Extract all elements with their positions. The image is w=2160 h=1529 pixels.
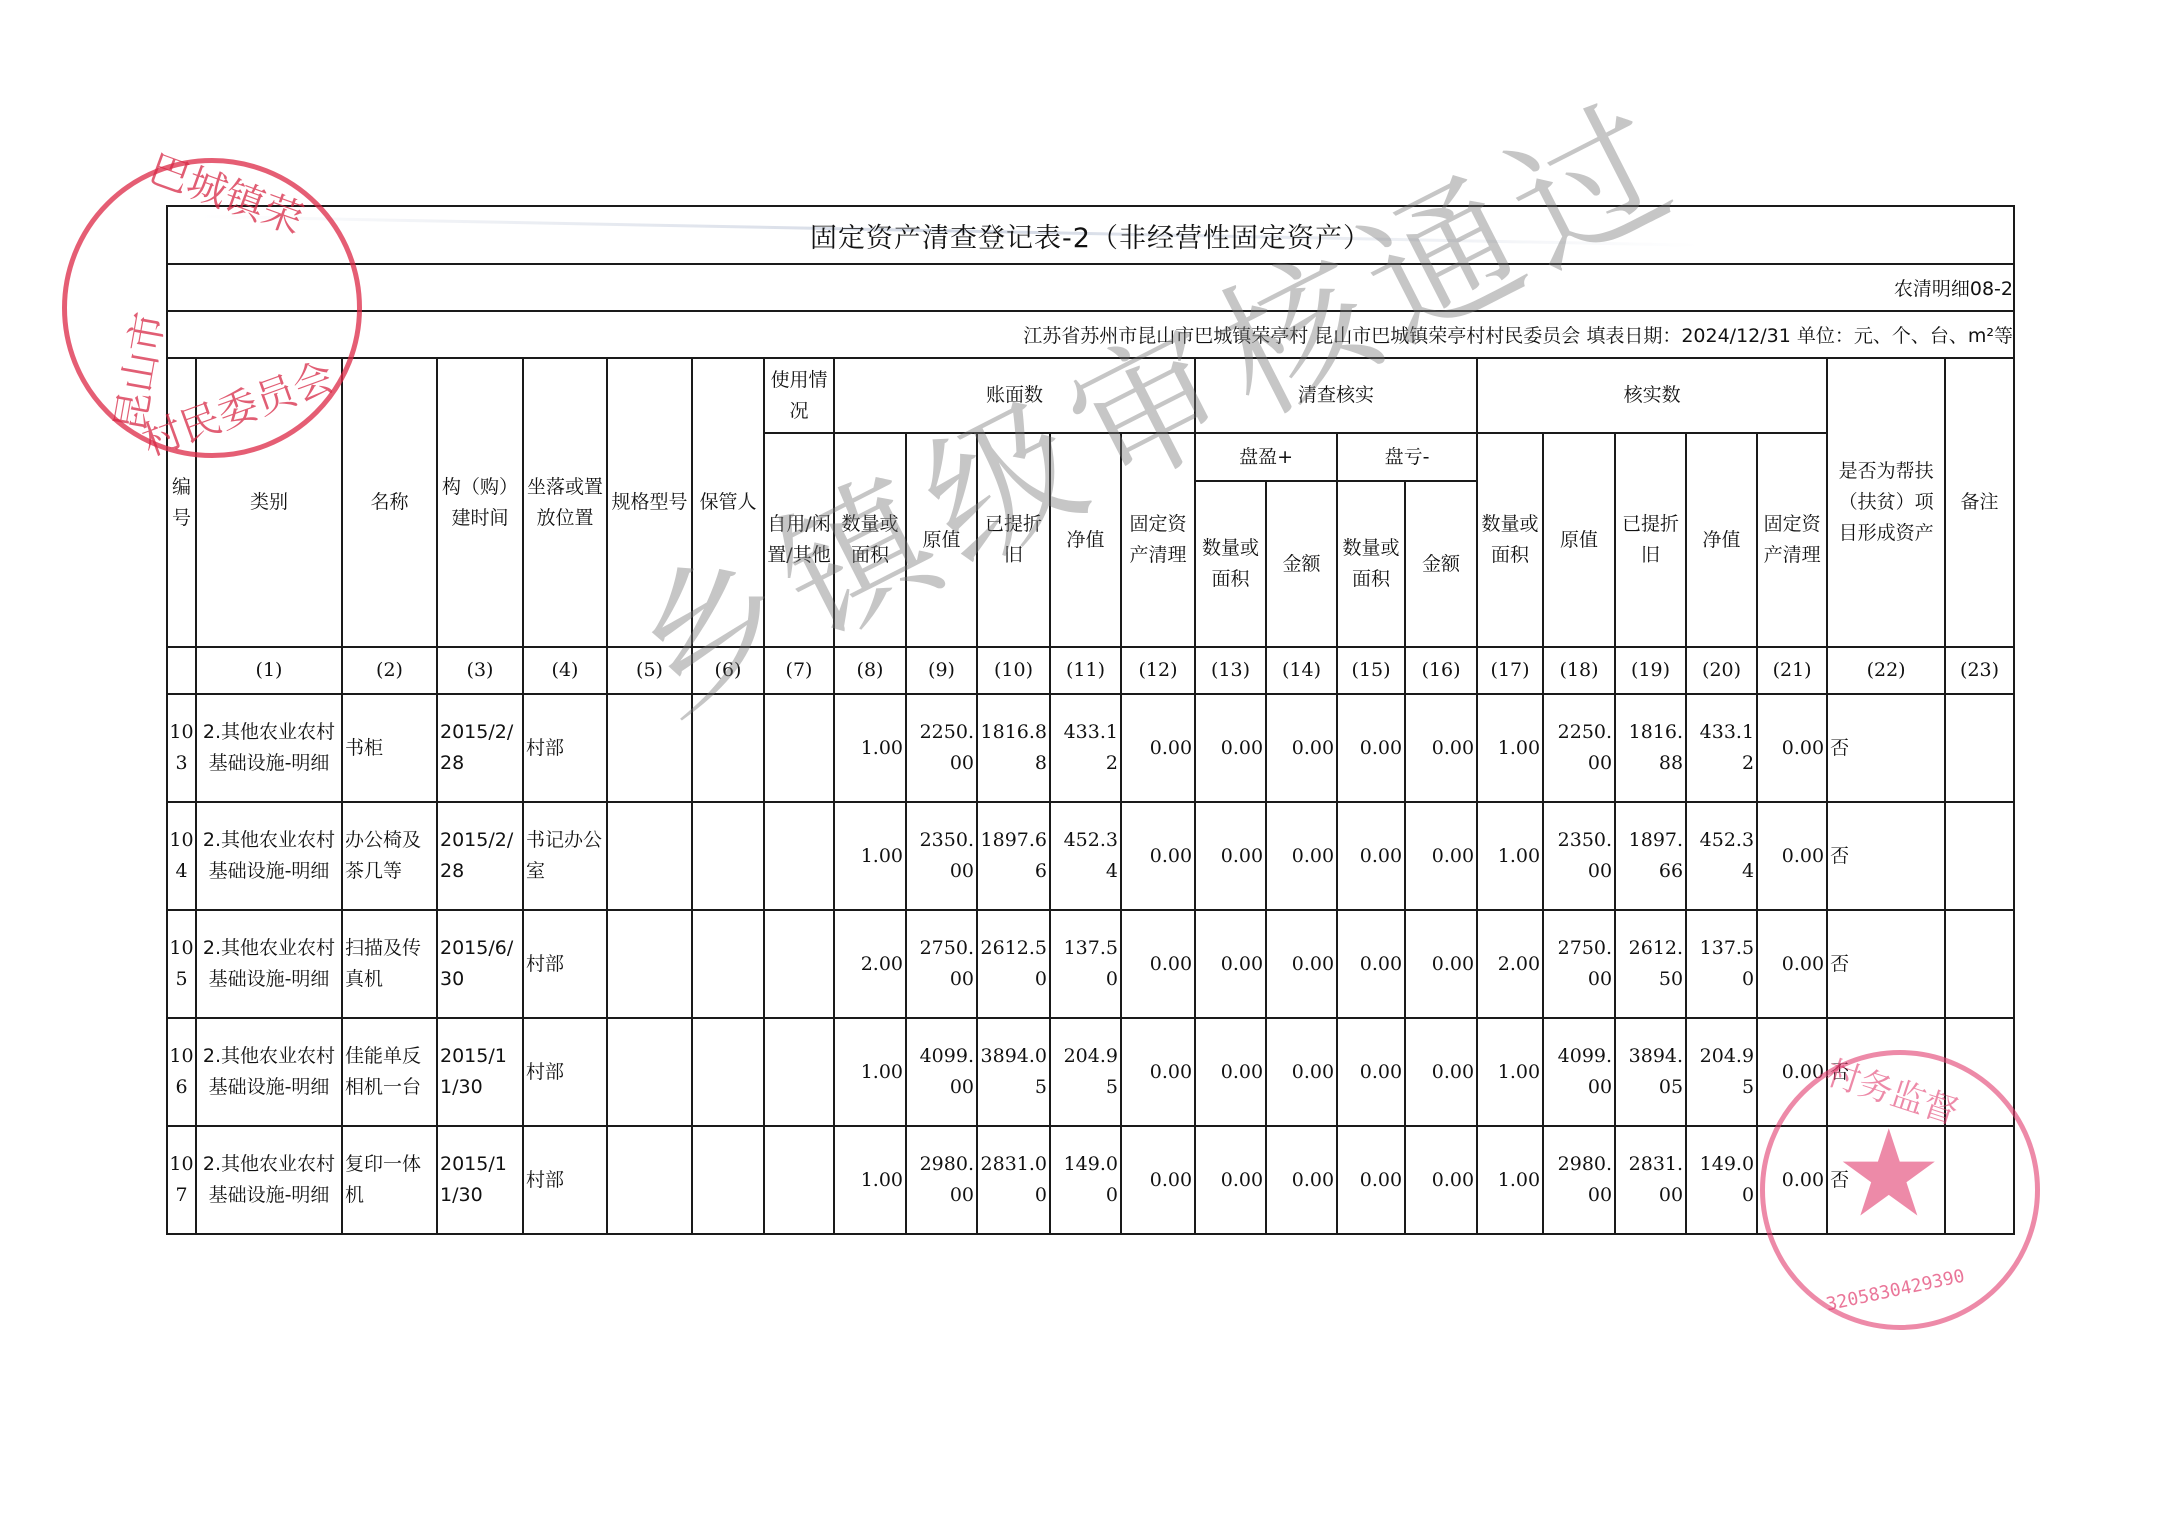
cell-usage bbox=[764, 1126, 834, 1234]
header-book-group: 账面数 bbox=[834, 358, 1195, 433]
cell-remark bbox=[1945, 910, 2014, 1018]
header-ver-orig: 原值 bbox=[1543, 433, 1615, 647]
cell-ver-depr: 2831.00 bbox=[1615, 1126, 1686, 1234]
cell-ver-depr: 1897.66 bbox=[1615, 802, 1686, 910]
header-poverty: 是否为帮扶（扶贫）项目形成资产 bbox=[1827, 358, 1945, 647]
cell-loss-qty: 0.00 bbox=[1337, 1018, 1405, 1126]
header-loss-amt: 金额 bbox=[1405, 481, 1477, 647]
cell-ver-orig: 4099.00 bbox=[1543, 1018, 1615, 1126]
header-usage: 自用/闲置/其他 bbox=[764, 433, 834, 647]
cell-name: 办公椅及茶几等 bbox=[342, 802, 437, 910]
column-number: (5) bbox=[607, 647, 692, 694]
cell-no: 104 bbox=[167, 802, 196, 910]
column-number: (19) bbox=[1615, 647, 1686, 694]
cell-ver-net: 137.50 bbox=[1686, 910, 1757, 1018]
column-number: (12) bbox=[1121, 647, 1195, 694]
header-check-group: 清查核实 bbox=[1195, 358, 1477, 433]
cell-ver-net: 433.12 bbox=[1686, 694, 1757, 802]
cell-poverty: 否 bbox=[1827, 1126, 1945, 1234]
column-number: (7) bbox=[764, 647, 834, 694]
cell-name: 扫描及传真机 bbox=[342, 910, 437, 1018]
cell-remark bbox=[1945, 802, 2014, 910]
header-location: 坐落或置放位置 bbox=[523, 358, 607, 647]
sheet-header-frame: 固定资产清查登记表-2（非经营性固定资产） 农清明细08-2 江苏省苏州市昆山市… bbox=[166, 205, 2015, 359]
header-book-qty: 数量或面积 bbox=[834, 433, 906, 647]
cell-surplus-qty: 0.00 bbox=[1195, 1018, 1266, 1126]
header-spec: 规格型号 bbox=[607, 358, 692, 647]
header-book-net: 净值 bbox=[1050, 433, 1121, 647]
header-keeper: 保管人 bbox=[692, 358, 764, 647]
table-row: 1042.其他农业农村基础设施-明细办公椅及茶几等2015/2/28书记办公室1… bbox=[167, 802, 2014, 910]
table-row: 1072.其他农业农村基础设施-明细复印一体机2015/11/30村部1.002… bbox=[167, 1126, 2014, 1234]
cell-spec bbox=[607, 1126, 692, 1234]
cell-surplus-amt: 0.00 bbox=[1266, 802, 1337, 910]
cell-remark bbox=[1945, 1126, 2014, 1234]
header-book-orig: 原值 bbox=[906, 433, 977, 647]
cell-loss-amt: 0.00 bbox=[1405, 694, 1477, 802]
column-number: (21) bbox=[1757, 647, 1827, 694]
cell-book-orig: 2980.00 bbox=[906, 1126, 977, 1234]
cell-category: 2.其他农业农村基础设施-明细 bbox=[196, 694, 342, 802]
cell-category: 2.其他农业农村基础设施-明细 bbox=[196, 1126, 342, 1234]
meta-line: 江苏省苏州市昆山市巴城镇荣亭村 昆山市巴城镇荣亭村村民委员会 填表日期：2024… bbox=[167, 311, 2014, 358]
seal-number: 3205830429390 bbox=[1824, 1266, 1966, 1316]
header-loss-qty: 数量或面积 bbox=[1337, 481, 1405, 647]
header-category: 类别 bbox=[196, 358, 342, 647]
column-number: (16) bbox=[1405, 647, 1477, 694]
cell-category: 2.其他农业农村基础设施-明细 bbox=[196, 910, 342, 1018]
cell-book-net: 149.00 bbox=[1050, 1126, 1121, 1234]
cell-book-qty: 1.00 bbox=[834, 802, 906, 910]
cell-keeper bbox=[692, 1018, 764, 1126]
cell-usage bbox=[764, 910, 834, 1018]
header-ver-depr: 已提折旧 bbox=[1615, 433, 1686, 647]
column-number: (4) bbox=[523, 647, 607, 694]
cell-ver-qty: 2.00 bbox=[1477, 910, 1543, 1018]
cell-loss-amt: 0.00 bbox=[1405, 910, 1477, 1018]
column-number: (20) bbox=[1686, 647, 1757, 694]
cell-loss-amt: 0.00 bbox=[1405, 1126, 1477, 1234]
cell-ver-orig: 2750.00 bbox=[1543, 910, 1615, 1018]
cell-book-orig: 2250.00 bbox=[906, 694, 977, 802]
header-ver-qty: 数量或面积 bbox=[1477, 433, 1543, 647]
column-number: (17) bbox=[1477, 647, 1543, 694]
cell-ver-orig: 2980.00 bbox=[1543, 1126, 1615, 1234]
cell-surplus-qty: 0.00 bbox=[1195, 910, 1266, 1018]
cell-surplus-qty: 0.00 bbox=[1195, 1126, 1266, 1234]
cell-build-time: 2015/2/28 bbox=[437, 802, 523, 910]
cell-remark bbox=[1945, 694, 2014, 802]
cell-poverty: 否 bbox=[1827, 1018, 1945, 1126]
cell-book-orig: 2350.00 bbox=[906, 802, 977, 910]
cell-ver-net: 204.95 bbox=[1686, 1018, 1757, 1126]
cell-book-qty: 1.00 bbox=[834, 1018, 906, 1126]
cell-ver-clear: 0.00 bbox=[1757, 1018, 1827, 1126]
cell-loss-amt: 0.00 bbox=[1405, 802, 1477, 910]
cell-loss-qty: 0.00 bbox=[1337, 910, 1405, 1018]
cell-book-qty: 1.00 bbox=[834, 1126, 906, 1234]
cell-book-clear: 0.00 bbox=[1121, 694, 1195, 802]
header-verified-group: 核实数 bbox=[1477, 358, 1827, 433]
column-number: (9) bbox=[906, 647, 977, 694]
cell-book-qty: 2.00 bbox=[834, 910, 906, 1018]
cell-location: 村部 bbox=[523, 1126, 607, 1234]
cell-build-time: 2015/2/28 bbox=[437, 694, 523, 802]
cell-ver-net: 149.00 bbox=[1686, 1126, 1757, 1234]
cell-book-net: 204.95 bbox=[1050, 1018, 1121, 1126]
cell-book-orig: 2750.00 bbox=[906, 910, 977, 1018]
cell-build-time: 2015/6/30 bbox=[437, 910, 523, 1018]
cell-no: 107 bbox=[167, 1126, 196, 1234]
cell-spec bbox=[607, 694, 692, 802]
cell-book-depr: 2612.50 bbox=[977, 910, 1050, 1018]
cell-book-clear: 0.00 bbox=[1121, 1126, 1195, 1234]
column-number: (14) bbox=[1266, 647, 1337, 694]
cell-keeper bbox=[692, 910, 764, 1018]
cell-ver-orig: 2250.00 bbox=[1543, 694, 1615, 802]
cell-remark bbox=[1945, 1018, 2014, 1126]
cell-book-net: 433.12 bbox=[1050, 694, 1121, 802]
cell-ver-depr: 3894.05 bbox=[1615, 1018, 1686, 1126]
table-row: 1062.其他农业农村基础设施-明细佳能单反相机一台2015/11/30村部1.… bbox=[167, 1018, 2014, 1126]
cell-spec bbox=[607, 802, 692, 910]
header-ver-clear: 固定资产清理 bbox=[1757, 433, 1827, 647]
header-loss-group: 盘亏- bbox=[1337, 433, 1477, 481]
column-number: (13) bbox=[1195, 647, 1266, 694]
cell-ver-depr: 2612.50 bbox=[1615, 910, 1686, 1018]
cell-poverty: 否 bbox=[1827, 802, 1945, 910]
cell-ver-depr: 1816.88 bbox=[1615, 694, 1686, 802]
cell-ver-qty: 1.00 bbox=[1477, 694, 1543, 802]
cell-book-orig: 4099.00 bbox=[906, 1018, 977, 1126]
asset-register-sheet: 固定资产清查登记表-2（非经营性固定资产） 农清明细08-2 江苏省苏州市昆山市… bbox=[166, 205, 2015, 1235]
cell-ver-clear: 0.00 bbox=[1757, 910, 1827, 1018]
cell-loss-qty: 0.00 bbox=[1337, 1126, 1405, 1234]
cell-book-net: 137.50 bbox=[1050, 910, 1121, 1018]
cell-ver-qty: 1.00 bbox=[1477, 802, 1543, 910]
column-number: (3) bbox=[437, 647, 523, 694]
column-number: (22) bbox=[1827, 647, 1945, 694]
column-number: (8) bbox=[834, 647, 906, 694]
cell-book-depr: 2831.00 bbox=[977, 1126, 1050, 1234]
header-book-depr: 已提折旧 bbox=[977, 433, 1050, 647]
cell-book-net: 452.34 bbox=[1050, 802, 1121, 910]
seal-left-arc-text: 昆山市 bbox=[99, 307, 176, 435]
header-remark: 备注 bbox=[1945, 358, 2014, 647]
column-number: (18) bbox=[1543, 647, 1615, 694]
page-title: 固定资产清查登记表-2（非经营性固定资产） bbox=[167, 206, 2014, 264]
cell-book-depr: 1816.88 bbox=[977, 694, 1050, 802]
cell-ver-clear: 0.00 bbox=[1757, 694, 1827, 802]
cell-book-clear: 0.00 bbox=[1121, 1018, 1195, 1126]
header-usage-group: 使用情况 bbox=[764, 358, 834, 433]
column-number: (6) bbox=[692, 647, 764, 694]
cell-ver-clear: 0.00 bbox=[1757, 802, 1827, 910]
header-no: 编号 bbox=[167, 358, 196, 647]
cell-ver-clear: 0.00 bbox=[1757, 1126, 1827, 1234]
cell-name: 复印一体机 bbox=[342, 1126, 437, 1234]
column-number: (1) bbox=[196, 647, 342, 694]
column-number: (10) bbox=[977, 647, 1050, 694]
cell-keeper bbox=[692, 802, 764, 910]
cell-category: 2.其他农业农村基础设施-明细 bbox=[196, 802, 342, 910]
column-number-blank bbox=[167, 647, 196, 694]
cell-ver-net: 452.34 bbox=[1686, 802, 1757, 910]
cell-book-clear: 0.00 bbox=[1121, 910, 1195, 1018]
cell-ver-orig: 2350.00 bbox=[1543, 802, 1615, 910]
cell-surplus-amt: 0.00 bbox=[1266, 694, 1337, 802]
header-name: 名称 bbox=[342, 358, 437, 647]
cell-loss-qty: 0.00 bbox=[1337, 802, 1405, 910]
cell-ver-qty: 1.00 bbox=[1477, 1126, 1543, 1234]
cell-surplus-qty: 0.00 bbox=[1195, 802, 1266, 910]
cell-ver-qty: 1.00 bbox=[1477, 1018, 1543, 1126]
cell-loss-amt: 0.00 bbox=[1405, 1018, 1477, 1126]
column-number-row: (1)(2)(3)(4)(5)(6)(7)(8)(9)(10)(11)(12)(… bbox=[167, 647, 2014, 694]
cell-book-depr: 1897.66 bbox=[977, 802, 1050, 910]
cell-name: 书柜 bbox=[342, 694, 437, 802]
asset-table: 编号 类别 名称 构（购）建时间 坐落或置放位置 规格型号 保管人 使用情况 账… bbox=[166, 357, 2015, 1235]
header-surplus-amt: 金额 bbox=[1266, 481, 1337, 647]
cell-no: 103 bbox=[167, 694, 196, 802]
header-book-clear: 固定资产清理 bbox=[1121, 433, 1195, 647]
cell-book-depr: 3894.05 bbox=[977, 1018, 1050, 1126]
cell-poverty: 否 bbox=[1827, 694, 1945, 802]
cell-book-qty: 1.00 bbox=[834, 694, 906, 802]
column-number: (11) bbox=[1050, 647, 1121, 694]
column-number: (23) bbox=[1945, 647, 2014, 694]
cell-spec bbox=[607, 910, 692, 1018]
header-surplus-qty: 数量或面积 bbox=[1195, 481, 1266, 647]
table-row: 1032.其他农业农村基础设施-明细书柜2015/2/28村部1.002250.… bbox=[167, 694, 2014, 802]
cell-keeper bbox=[692, 1126, 764, 1234]
cell-no: 105 bbox=[167, 910, 196, 1018]
cell-surplus-amt: 0.00 bbox=[1266, 910, 1337, 1018]
cell-build-time: 2015/11/30 bbox=[437, 1126, 523, 1234]
cell-poverty: 否 bbox=[1827, 910, 1945, 1018]
header-surplus-group: 盘盈+ bbox=[1195, 433, 1337, 481]
cell-usage bbox=[764, 694, 834, 802]
cell-build-time: 2015/11/30 bbox=[437, 1018, 523, 1126]
cell-usage bbox=[764, 1018, 834, 1126]
cell-surplus-amt: 0.00 bbox=[1266, 1126, 1337, 1234]
table-row: 1052.其他农业农村基础设施-明细扫描及传真机2015/6/30村部2.002… bbox=[167, 910, 2014, 1018]
header-row-1: 编号 类别 名称 构（购）建时间 坐落或置放位置 规格型号 保管人 使用情况 账… bbox=[167, 358, 2014, 433]
cell-location: 书记办公室 bbox=[523, 802, 607, 910]
cell-book-clear: 0.00 bbox=[1121, 802, 1195, 910]
cell-loss-qty: 0.00 bbox=[1337, 694, 1405, 802]
cell-location: 村部 bbox=[523, 694, 607, 802]
cell-spec bbox=[607, 1018, 692, 1126]
header-ver-net: 净值 bbox=[1686, 433, 1757, 647]
form-code: 农清明细08-2 bbox=[167, 264, 2014, 311]
header-build-time: 构（购）建时间 bbox=[437, 358, 523, 647]
cell-no: 106 bbox=[167, 1018, 196, 1126]
cell-usage bbox=[764, 802, 834, 910]
cell-surplus-qty: 0.00 bbox=[1195, 694, 1266, 802]
cell-keeper bbox=[692, 694, 764, 802]
column-number: (15) bbox=[1337, 647, 1405, 694]
column-number: (2) bbox=[342, 647, 437, 694]
cell-surplus-amt: 0.00 bbox=[1266, 1018, 1337, 1126]
cell-category: 2.其他农业农村基础设施-明细 bbox=[196, 1018, 342, 1126]
cell-name: 佳能单反相机一台 bbox=[342, 1018, 437, 1126]
cell-location: 村部 bbox=[523, 1018, 607, 1126]
cell-location: 村部 bbox=[523, 910, 607, 1018]
